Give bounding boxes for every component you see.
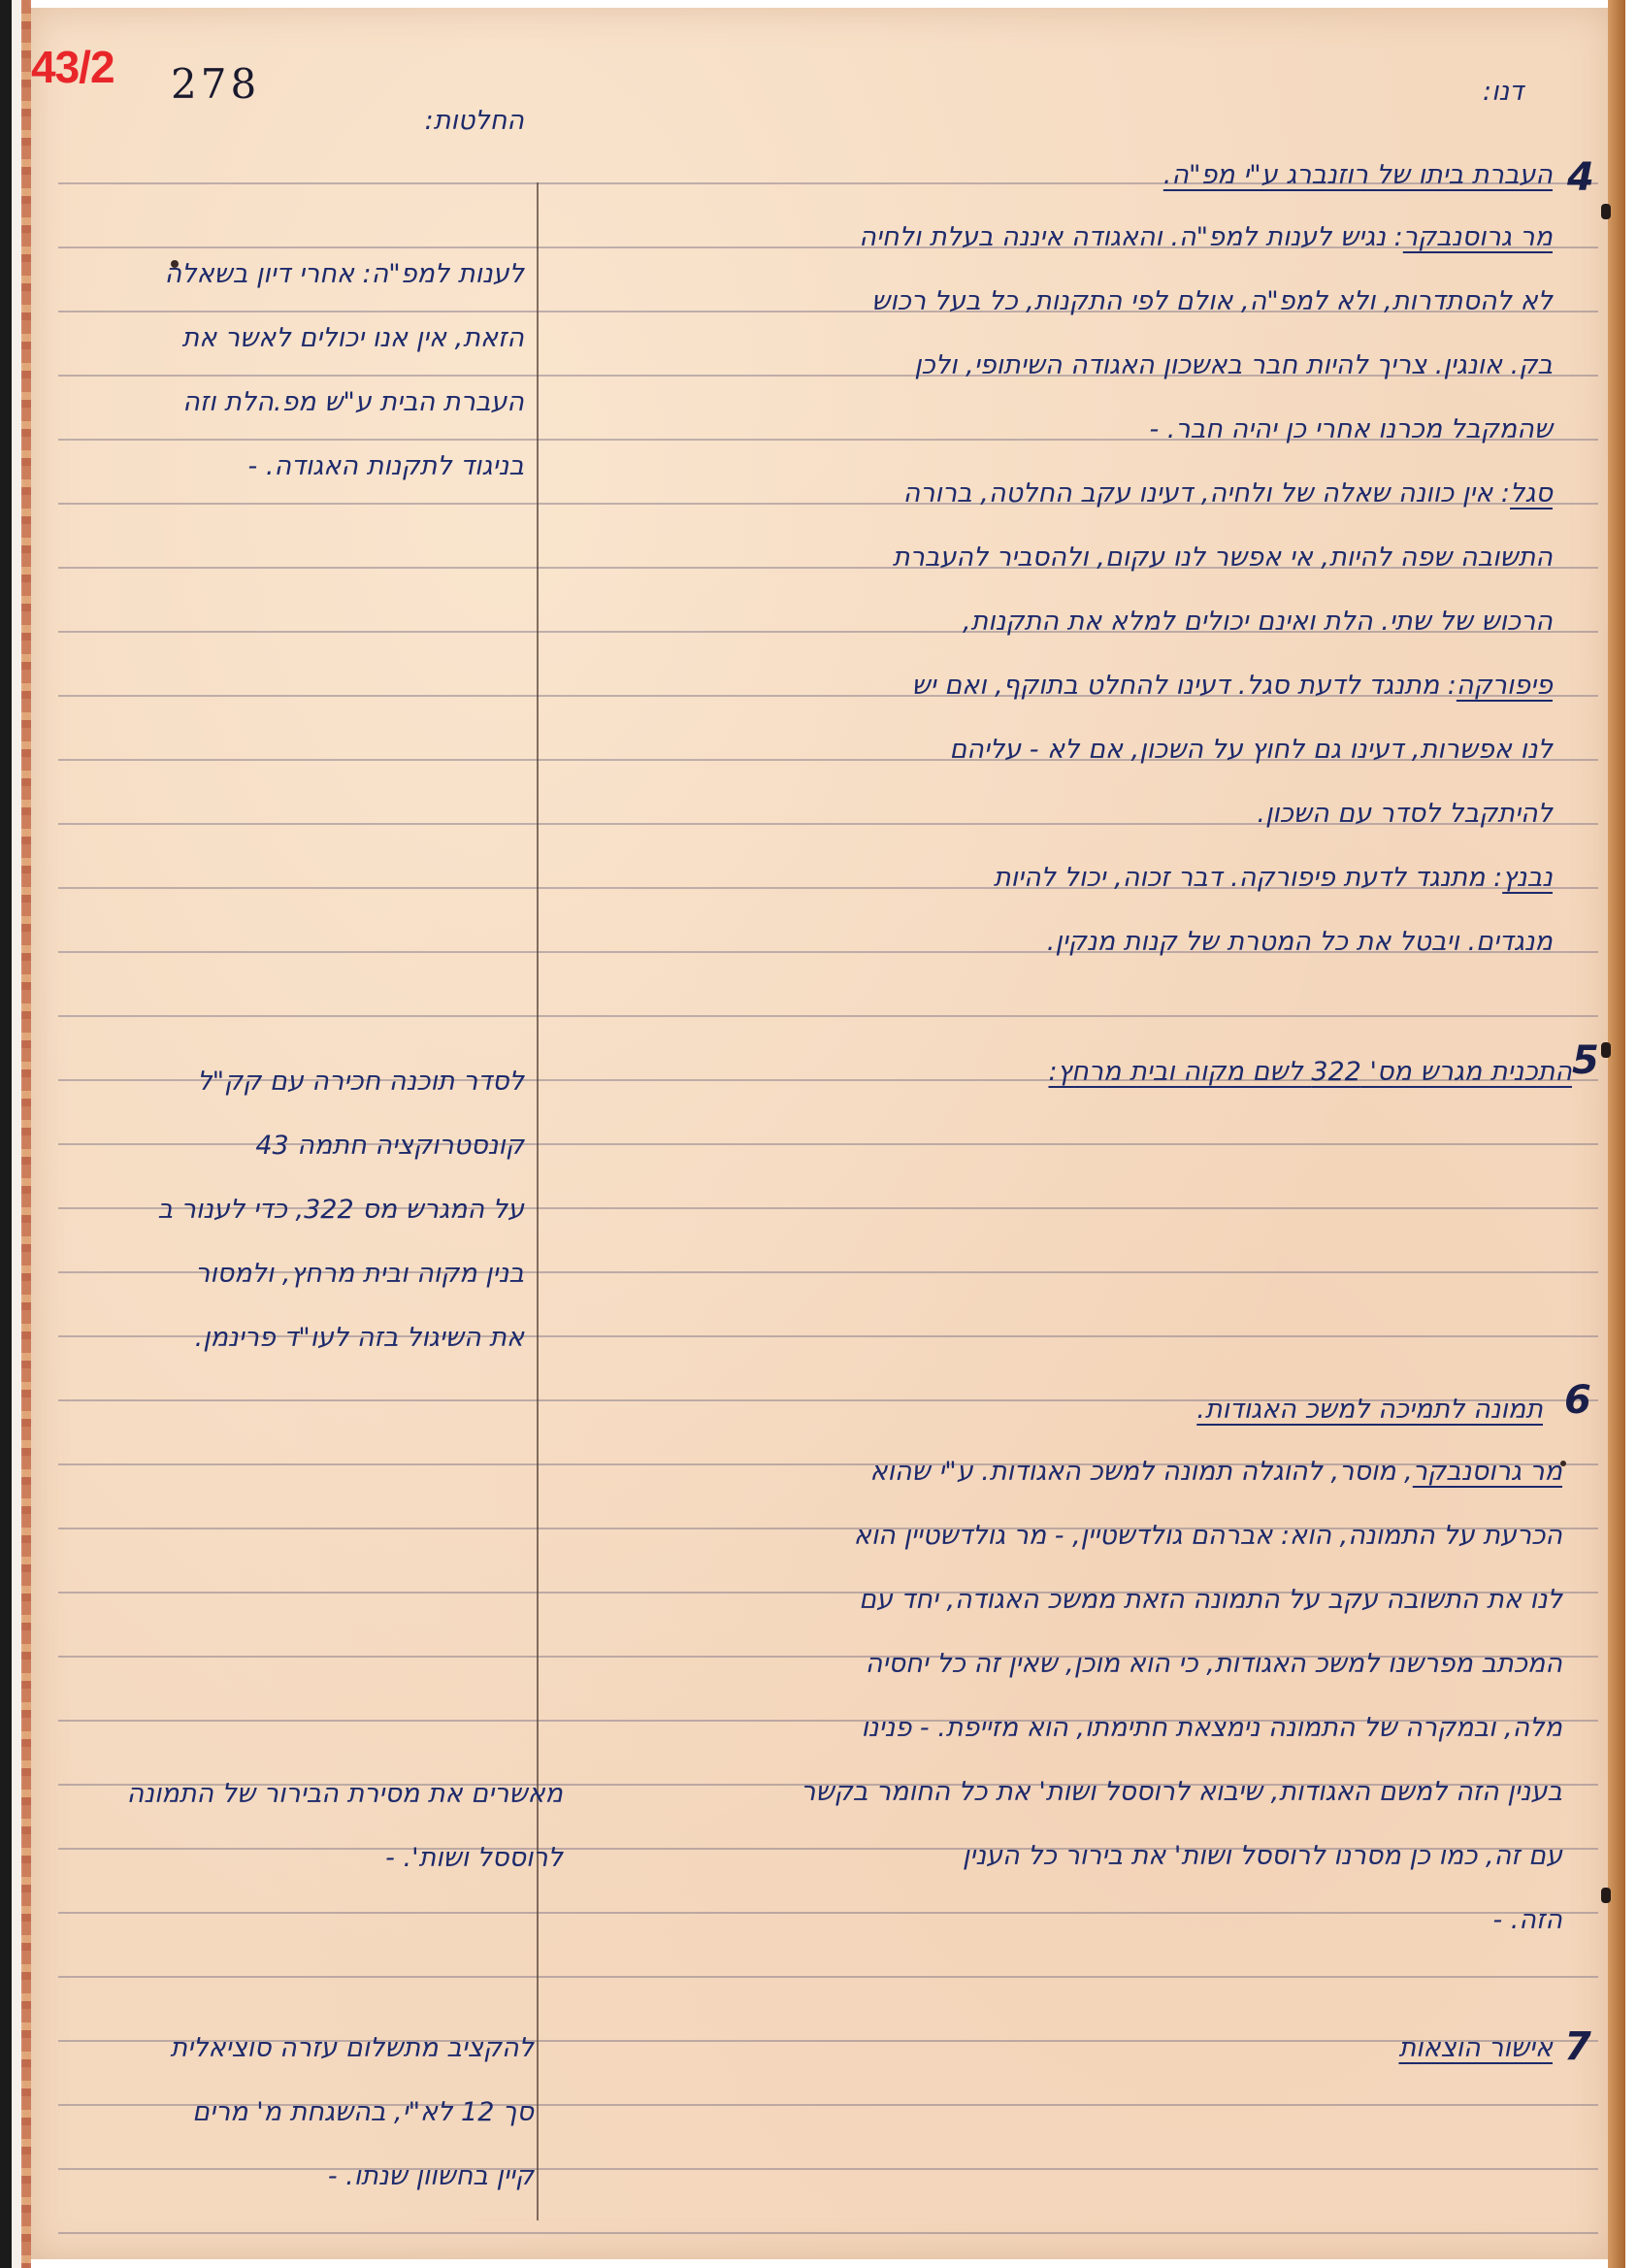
handwritten-line: בנין מקוה ובית מרחץ, ולמסור bbox=[49, 1242, 524, 1306]
handwritten-line: הרכוש של שתי. הלת ואינם יכולים למלא את ה… bbox=[553, 590, 1553, 654]
binding-hole bbox=[1601, 1042, 1611, 1058]
handwritten-line: לנו את התשובה עקב על התמונה הזאת ממשכ הא… bbox=[553, 1568, 1562, 1632]
agenda-item-discussion: מר גרוסנבקר, מוסר, להוגלה תמונה למשכ האג… bbox=[553, 1440, 1562, 1953]
speaker-name: מר גרוסנבקר bbox=[1413, 1457, 1562, 1487]
handwritten-line: לענות למפ"ה: אחרי דיון בשאלה bbox=[58, 243, 524, 307]
handwritten-line: לנו אפשרות, דעינו גם לחוץ על השכון, אם ל… bbox=[553, 718, 1553, 782]
scan-right-border bbox=[1608, 0, 1637, 2268]
handwritten-line: הכרעת על התמונה, הוא: אברהם גולדשטיין, -… bbox=[553, 1504, 1562, 1568]
page-binding-edge bbox=[21, 0, 31, 2268]
binding-hole bbox=[1601, 1888, 1611, 1903]
handwritten-line: הזאת, אין אנו יכולים לאשר את bbox=[58, 307, 524, 371]
agenda-item-decision: להקציב מתשלום עזרה סוציאליתסך 12 לא"י, ב… bbox=[49, 2017, 534, 2209]
ruled-line bbox=[58, 2232, 1598, 2234]
binding-hole bbox=[1601, 204, 1611, 219]
column-divider bbox=[537, 182, 539, 2220]
handwritten-line: בניגוד לתקנות האגודה. - bbox=[58, 435, 524, 499]
agenda-item-title: העברת ביתו של רוזנברג ע"י מפ"ה. bbox=[854, 144, 1553, 208]
handwritten-line: להקציב מתשלום עזרה סוציאלית bbox=[49, 2017, 534, 2081]
agenda-item-title: תמונה לתמיכה למשכ האגודות. bbox=[932, 1378, 1543, 1442]
handwritten-line: על המגרש מס 322, כדי לענור ב bbox=[49, 1178, 524, 1242]
handwritten-line: הזה. - bbox=[553, 1889, 1562, 1953]
handwritten-line: להיתקבל לסדר עם השכון. bbox=[553, 782, 1553, 846]
handwritten-line: את השיגול בזה לעו"ד פרינמן. bbox=[49, 1306, 524, 1370]
handwritten-line: לרוססל ושות'. - bbox=[19, 1826, 563, 1890]
handwritten-line: קיין בחשוון שנתו. - bbox=[49, 2145, 534, 2209]
agenda-item-discussion: מר גרוסנבקר: נגיש לענות למפ"ה. והאגודה א… bbox=[553, 206, 1553, 974]
decisions-column-header: החלטות: bbox=[388, 89, 524, 153]
handwritten-line: מאשרים את מסירת הבירור של התמונה bbox=[19, 1762, 563, 1826]
handwritten-line: העברת הבית ע"ש מפ.הלת וזה bbox=[58, 371, 524, 435]
speaker-name: מר גרוסנבקר bbox=[1403, 222, 1553, 252]
handwritten-line: שהמקבל מכרנו אחרי כן יהיה חבר. - bbox=[553, 398, 1553, 462]
handwritten-line: לסדר תוכנה חכירה עם קק"ל bbox=[49, 1050, 524, 1114]
page-number: 278 bbox=[171, 60, 260, 108]
handwritten-line: מנגדים. ויבטל את כל המטרת של קנות מנקין. bbox=[553, 910, 1553, 974]
agenda-item-decision: מאשרים את מסירת הבירור של התמונהלרוססל ו… bbox=[19, 1762, 563, 1890]
handwritten-line: התשובה שפה להיות, אי אפשר לנו עקום, ולהס… bbox=[553, 526, 1553, 590]
handwritten-line: סך 12 לא"י, בהשגחת מ' מרים bbox=[49, 2081, 534, 2145]
archive-stamp: 43/2 bbox=[31, 41, 115, 93]
ruled-line bbox=[58, 1015, 1598, 1017]
speaker-statement: מר גרוסנבקר: נגיש לענות למפ"ה. והאגודה א… bbox=[553, 206, 1553, 270]
handwritten-line: מלה, ובמקרה של התמונה נימצאת חתימתו, הוא… bbox=[553, 1696, 1562, 1760]
speaker-statement: פיפורקה: מתנגד לדעת סגל. דעינו להחלט בתו… bbox=[553, 654, 1553, 718]
agenda-item-number: 7 bbox=[1564, 2024, 1591, 2069]
handwritten-line: קונסטרוקציה חתמה 43 bbox=[49, 1114, 524, 1178]
agenda-item-title: אישור הוצאות bbox=[1164, 2017, 1553, 2081]
discussion-column-header: דנו: bbox=[1407, 60, 1523, 124]
handwritten-line: לא להסתדרות, ולא למפ"ה, אולם לפי התקנות,… bbox=[553, 270, 1553, 334]
speaker-name: נבנץ bbox=[1502, 863, 1553, 893]
agenda-item-title: התכנית מגרש מס' 322 לשם מקוה ובית מרחץ: bbox=[679, 1040, 1572, 1104]
handwritten-line: עם זה, כמו כן מסרנו לרוססל ושות' את בירו… bbox=[553, 1824, 1562, 1889]
agenda-item-number: 4 bbox=[1567, 155, 1594, 200]
ruled-line bbox=[58, 1976, 1598, 1978]
speaker-name: פיפורקה bbox=[1457, 671, 1553, 701]
agenda-item-decision: לסדר תוכנה חכירה עם קק"לקונסטרוקציה חתמה… bbox=[49, 1050, 524, 1370]
handwritten-line: המכתב מפרשנו למשכ האגודות, כי הוא מוכן, … bbox=[553, 1632, 1562, 1696]
speaker-name: סגל bbox=[1510, 478, 1553, 509]
agenda-item-decision: לענות למפ"ה: אחרי דיון בשאלההזאת, אין אנ… bbox=[58, 243, 524, 499]
agenda-item-number: 6 bbox=[1564, 1378, 1591, 1423]
handwritten-line: בענין הזה למשם האגודות, שיבוא לרוססל ושו… bbox=[553, 1760, 1562, 1824]
speaker-statement: סגל: אין כוונה שאלה של ולחיה, דעינו עקב … bbox=[553, 462, 1553, 526]
handwritten-line: בק. אונגין. צריך להיות חבר באשכון האגודה… bbox=[553, 334, 1553, 398]
speaker-statement: נבנץ: מתנגד לדעת פיפורקה. דבר זכוה, יכול… bbox=[553, 846, 1553, 910]
speaker-statement: מר גרוסנבקר, מוסר, להוגלה תמונה למשכ האג… bbox=[553, 1440, 1562, 1504]
agenda-item-number: 5 bbox=[1572, 1038, 1599, 1083]
